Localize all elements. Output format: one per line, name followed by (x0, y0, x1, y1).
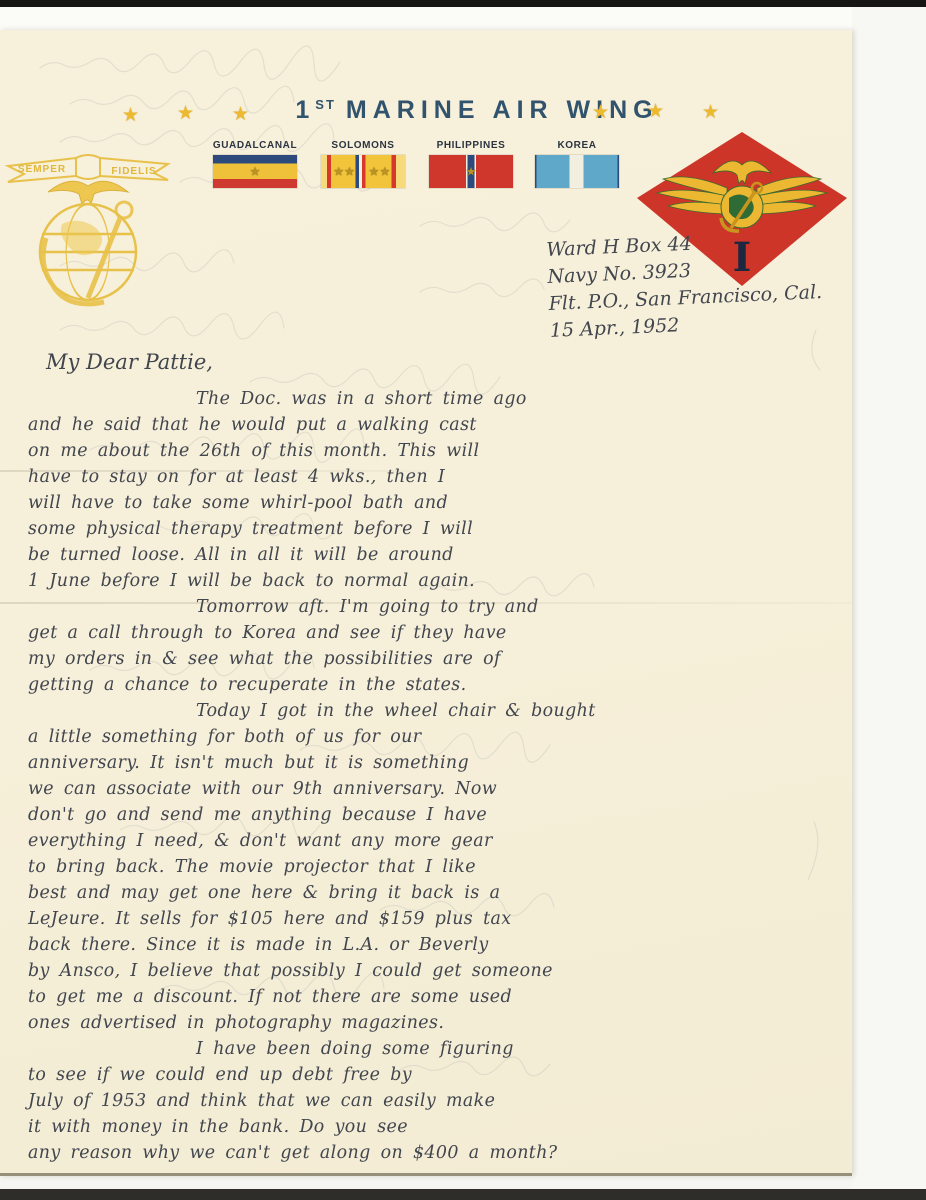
scanner-background-top (0, 7, 926, 30)
guadalcanal-ribbon-bar: ★ (213, 155, 297, 188)
salutation: My Dear Pattie, (46, 350, 213, 374)
letter-line: LeJeure. It sells for $105 here and $159… (28, 906, 842, 932)
ribbon-label: SOLOMONS (318, 140, 408, 151)
letter-line: I have been doing some figuring (28, 1036, 842, 1062)
letter-line: Tomorrow aft. I'm going to try and (28, 594, 842, 620)
ribbon-label: KOREA (532, 140, 622, 151)
star-icon: ★ (592, 101, 609, 124)
ribbon-star-icon: ★ (379, 164, 390, 178)
ribbon-star-icon: ★ (344, 164, 355, 178)
scanner-edge-bottom (0, 1189, 926, 1200)
philippines-ribbon-bar: ★ (429, 155, 513, 188)
letter-line: get a call through to Korea and see if t… (28, 620, 842, 646)
letter-line: some physical therapy treatment before I… (28, 516, 842, 542)
svg-text:SEMPER: SEMPER (18, 164, 66, 175)
ribbon-star-icon: ★ (333, 164, 344, 178)
letter-line: The Doc. was in a short time ago (28, 386, 842, 412)
address-block: Ward H Box 44 Navy No. 3923 Flt. P.O., S… (546, 223, 870, 345)
letter-line: anniversary. It isn't much but it is som… (28, 750, 842, 776)
scanner-edge-top (0, 0, 926, 7)
letter-line: everything I need, & don't want any more… (28, 828, 842, 854)
svg-text:FIDELIS: FIDELIS (111, 166, 156, 177)
letter-line: and he said that he would put a walking … (28, 412, 842, 438)
eagle-icon (48, 181, 128, 204)
scanner-background-right (852, 7, 926, 1189)
letter-line: my orders in & see what the possibilitie… (28, 646, 842, 672)
title-ordinal: ST (315, 97, 336, 112)
letter-line: ones advertised in photography magazines… (28, 1010, 842, 1036)
letter-line: a little something for both of us for ou… (28, 724, 842, 750)
letter-line: back there. Since it is made in L.A. or … (28, 932, 842, 958)
ribbon-group-philippines: PHILIPPINES ★ (426, 140, 516, 188)
star-icon: ★ (232, 103, 249, 126)
star-icon: ★ (702, 101, 719, 124)
letter-line: it with money in the bank. Do you see (28, 1114, 842, 1140)
ribbon-star-icon: ★ (369, 164, 380, 178)
letter-line: getting a chance to recuperate in the st… (28, 672, 842, 698)
page-title: 1STMARINE AIR WING (262, 96, 692, 125)
letter-line: have to stay on for at least 4 wks., the… (28, 464, 842, 490)
letter-line: will have to take some whirl-pool bath a… (28, 490, 842, 516)
ribbon-star-icon: ★ (250, 164, 261, 178)
letter-line: to get me a discount. If not there are s… (28, 984, 842, 1010)
letter-line: be turned loose. All in all it will be a… (28, 542, 842, 568)
globe-icon (40, 204, 136, 300)
letter-line: Today I got in the wheel chair & bought (28, 698, 842, 724)
letter-body: The Doc. was in a short time ago and he … (28, 386, 842, 1166)
letter-line: by Ansco, I believe that possibly I coul… (28, 958, 842, 984)
letter-line: 1 June before I will be back to normal a… (28, 568, 842, 594)
star-icon: ★ (177, 102, 194, 125)
letter-paper: SEMPER FIDELIS 1STMARINE AIR WING ★ ★ ★ … (0, 30, 852, 1176)
ribbon-star-icon: ★ (466, 164, 477, 178)
star-icon: ★ (122, 104, 139, 127)
letter-line: don't go and send me anything because I … (28, 802, 842, 828)
letter-line: best and may get one here & bring it bac… (28, 880, 842, 906)
title-number: 1 (295, 96, 315, 124)
usmc-eagle-globe-anchor-icon: SEMPER FIDELIS (0, 88, 180, 323)
title-text: MARINE AIR WING (346, 96, 659, 124)
scanned-letter-page: SEMPER FIDELIS 1STMARINE AIR WING ★ ★ ★ … (0, 0, 926, 1200)
ribbon-group-korea: KOREA (532, 140, 622, 188)
letter-line: to bring back. The movie projector that … (28, 854, 842, 880)
ribbon-group-guadalcanal: GUADALCANAL ★ (210, 140, 300, 188)
ribbon-group-solomons: SOLOMONS ★ ★ ★ ★ (318, 140, 408, 188)
korea-ribbon-bar (535, 155, 619, 188)
letter-line: any reason why we can't get along on $40… (28, 1140, 842, 1166)
letter-line: we can associate with our 9th anniversar… (28, 776, 842, 802)
ribbon-label: PHILIPPINES (426, 140, 516, 151)
letter-line: to see if we could end up debt free by (28, 1062, 842, 1088)
solomons-ribbon-bar: ★ ★ ★ ★ (321, 155, 405, 188)
ribbon-label: GUADALCANAL (210, 140, 300, 151)
star-icon: ★ (647, 100, 664, 123)
letter-line: July of 1953 and think that we can easil… (28, 1088, 842, 1114)
letter-line: on me about the 26th of this month. This… (28, 438, 842, 464)
